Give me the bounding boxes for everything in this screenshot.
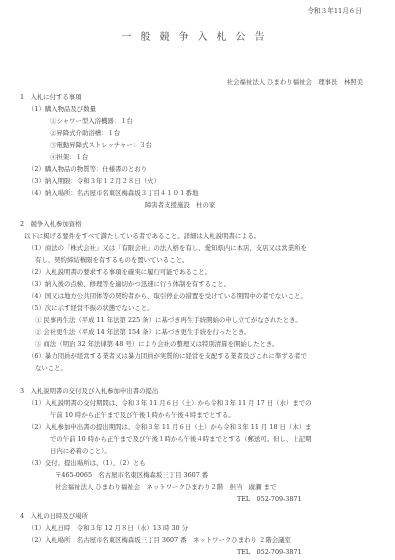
section3-contact: 社会福祉法人 ひまわり福祉会 ネットワークひまわり２階 担当 廣瀬 まで (55, 484, 276, 490)
section1-item1-label: （1）購入物品及び数量 (28, 106, 96, 112)
section2-item2: （2）入札説明書の要求する事項を確実に履行可能であること。 (28, 269, 211, 275)
section3-item2-continuation: での午前 10 時から正午まで及び午後１時から午後４時までとする（郵送可。但し、… (50, 436, 311, 442)
section4-item2: （2）入札場所 名古屋市名東区梅森坂三丁目 3607 番 ネットワークひまわり … (28, 537, 291, 543)
section2-item1: （1）商法の「株式会社」又は「有限会社」の法人格を有し、愛知県内に本店、支店又は… (28, 245, 307, 251)
section1-heading: 1 入札に付する事項 (20, 94, 82, 100)
section3-item1-continuation: 午前 10 時から正午まで及び午後１時から午後４時までとする。 (50, 412, 235, 418)
section2-item6-continuation: ないこと。 (35, 365, 67, 371)
section3-item1: （1）入札説明書の交付期間は、令和３年 11 月６日（土）から令和３年 11 月… (28, 400, 312, 406)
section2-intro: 以下に掲げる要件をすべて満たしている者であること。詳細は入札説明書による。 (24, 233, 260, 239)
section4-heading: 4 入札の日時及び場所 (20, 513, 88, 519)
section2-item4: （4）国又は地方公共団体等の契約者から、取引停止の措置を受けている期間中の者でな… (28, 293, 307, 299)
section3-heading: 3 入札説明書の交付及び入札参加申出書の提出 (20, 388, 158, 394)
section2-item1-continuation: 有し、契約締結権限を有するものを置いていること。 (35, 257, 188, 263)
section1-item4-continuation: 障害者支援施設 杜の家 (145, 202, 215, 208)
section2-heading: 2 競争入札参加資格 (20, 221, 82, 227)
section2-item6: （6）暴力団員が経営する業者又は暴力団員が実質的に経営を支配する業者及びこれに準… (28, 353, 307, 359)
section3-item3: （3）交付、提出場所は、（1）、（2）とも (28, 460, 146, 466)
section1-item2: （2）購入物品の物質等：仕様書のとおり (28, 166, 147, 172)
section4-item1: （1）入札日時 令和３年 12 月８日（水）13 時 30 分 (28, 525, 188, 531)
section1-item4: （4）納入場所：名古屋市名東区梅森坂３丁目４１０１番地 (28, 190, 198, 196)
issuer-line: 社会福祉法人 ひまわり福祉会 理事長 林照美 (227, 79, 363, 85)
section3-item2-continuation: 日内に必着のこと）。 (50, 448, 111, 454)
section2-item3: （3）納入後の点検、修理等を適切かつ迅速に行う体制を有すること。 (28, 281, 230, 287)
section1-item3: （3）納入期限：令和３年１２月２８日（火） (28, 178, 160, 184)
section1-subitem: ③電動昇降式ストレッチャー：３台 (50, 142, 152, 148)
section1-subitem: ②昇降式介助浴槽：１台 (50, 130, 120, 136)
section1-subitem: ①シャワー型入浴機器：１台 (50, 118, 133, 124)
section4-tel: TEL 052-709-3871 (237, 549, 302, 555)
section2-subitem: ③ 商法（明治 32 年法律第 48 号）により会社の整理又は特別清算を開始した… (35, 341, 278, 347)
section2-subitem: ① 民事再生法（平成 11 年法第 225 条）に基づき再生手続開始の申し立てが… (35, 317, 302, 323)
document-date: 令和３年11月６日 (307, 8, 362, 15)
section2-subitem: ② 会社更生法（平成 14 年法第 154 条）に基づき更生手続を行ったとき。 (35, 329, 251, 335)
section3-address: 〒465-0065 名古屋市名東区梅森坂三丁目 3607 番 (55, 472, 208, 478)
section3-tel: TEL 052-709-3871 (237, 496, 302, 502)
section3-item2: （2）入札参加申出書の提出期間は、令和３年 11 月６日（土）から令和３年 11… (28, 424, 312, 430)
section2-item5: （5）次に示す経営不振の状態でないこと。 (28, 305, 154, 311)
document-title: 一般競争入札公告 (0, 33, 395, 43)
section1-subitem: ④担架：１台 (50, 154, 88, 160)
